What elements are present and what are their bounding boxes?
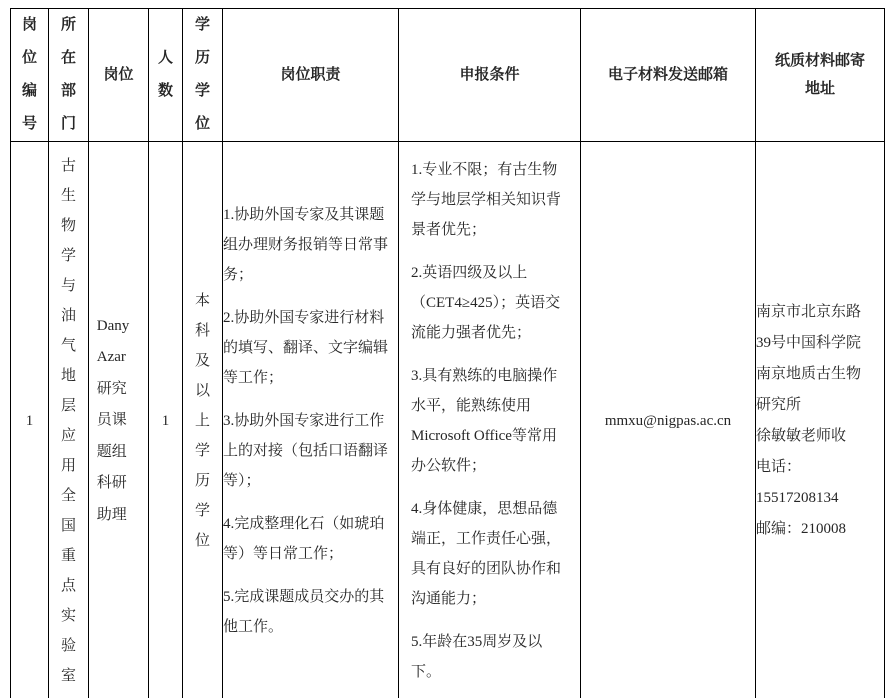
header-headcount: 人数	[149, 9, 183, 142]
header-education-label: 学历学位	[194, 9, 211, 141]
cell-position: Dany Azar 研究员课题组科研助理	[89, 142, 149, 698]
duty-item: 4.完成整理化石（如琥珀等）等日常工作；	[223, 509, 398, 569]
requirement-item: 2.英语四级及以上（CET4≥425）；英语交流能力强者优先；	[411, 258, 568, 348]
cell-mailing-address: 南京市北京东路 39号中国科学院 南京地质古生物 研究所 徐敏敏老师收 电话： …	[756, 142, 885, 698]
header-headcount-label: 人数	[157, 42, 174, 108]
header-department-label: 所在部门	[60, 9, 77, 141]
address-line: 徐敏敏老师收	[756, 421, 884, 452]
requirement-item: 5.年龄在35周岁及以下。	[411, 627, 568, 687]
page: 岗位编号 所在部门 岗位 人数 学历学位 岗位职责 申报条件	[0, 0, 893, 698]
header-education: 学历学位	[183, 9, 223, 142]
header-duties: 岗位职责	[223, 9, 399, 142]
recruitment-table: 岗位编号 所在部门 岗位 人数 学历学位 岗位职责 申报条件	[10, 8, 885, 698]
header-duties-label: 岗位职责	[280, 67, 340, 83]
cell-headcount: 1	[149, 142, 183, 698]
header-requirements-label: 申报条件	[459, 67, 519, 83]
address-line: 邮编：210008	[756, 514, 884, 545]
header-position: 岗位	[89, 9, 149, 142]
cell-email: mmxu@nigpas.ac.cn	[581, 142, 756, 698]
header-requirements: 申报条件	[399, 9, 581, 142]
position-text: Dany Azar 研究员课题组科研助理	[97, 311, 141, 532]
cell-duties: 1.协助外国专家及其课题组办理财务报销等日常事务； 2.协助外国专家进行材料的填…	[223, 142, 399, 698]
header-email-label: 电子材料发送邮箱	[608, 67, 728, 83]
cell-post-id: 1	[11, 142, 49, 698]
education-text: 本科及以上学历学位	[194, 286, 211, 556]
address-line: 39号中国科学院	[756, 328, 884, 359]
header-row: 岗位编号 所在部门 岗位 人数 学历学位 岗位职责 申报条件	[11, 9, 885, 142]
cell-education: 本科及以上学历学位	[183, 142, 223, 698]
requirement-item: 3.具有熟练的电脑操作水平，能熟练使用Microsoft Office等常用办公…	[411, 361, 568, 481]
header-department: 所在部门	[49, 9, 89, 142]
duty-item: 1.协助外国专家及其课题组办理财务报销等日常事务；	[223, 200, 398, 290]
duty-item: 3.协助外国专家进行工作上的对接（包括口语翻译等）；	[223, 406, 398, 496]
address-line: 南京地质古生物	[756, 359, 884, 390]
header-mailing-address-label: 纸质材料邮寄地址	[771, 47, 869, 104]
department-text: 古生物学与油气地层应用全国重点实验室	[60, 151, 77, 691]
duty-item: 2.协助外国专家进行材料的填写、翻译、文字编辑等工作；	[223, 303, 398, 393]
header-post-id-label: 岗位编号	[21, 9, 38, 141]
email-text: mmxu@nigpas.ac.cn	[605, 413, 731, 429]
header-mailing-address: 纸质材料邮寄地址	[756, 9, 885, 142]
header-email: 电子材料发送邮箱	[581, 9, 756, 142]
duty-item: 5.完成课题成员交办的其他工作。	[223, 582, 398, 642]
data-row: 1 古生物学与油气地层应用全国重点实验室 Dany Azar 研究员课题组科研助…	[11, 142, 885, 698]
cell-requirements: 1.专业不限；有古生物学与地层学相关知识背景者优先； 2.英语四级及以上（CET…	[399, 142, 581, 698]
address-line: 电话：	[756, 452, 884, 483]
requirement-item: 1.专业不限；有古生物学与地层学相关知识背景者优先；	[411, 155, 568, 245]
address-line: 研究所	[756, 390, 884, 421]
header-post-id: 岗位编号	[11, 9, 49, 142]
address-line: 15517208134	[756, 483, 884, 514]
requirement-item: 4.身体健康，思想品德端正，工作责任心强，具有良好的团队协作和沟通能力；	[411, 494, 568, 614]
cell-department: 古生物学与油气地层应用全国重点实验室	[49, 142, 89, 698]
address-line: 南京市北京东路	[756, 297, 884, 328]
header-position-label: 岗位	[103, 67, 133, 83]
